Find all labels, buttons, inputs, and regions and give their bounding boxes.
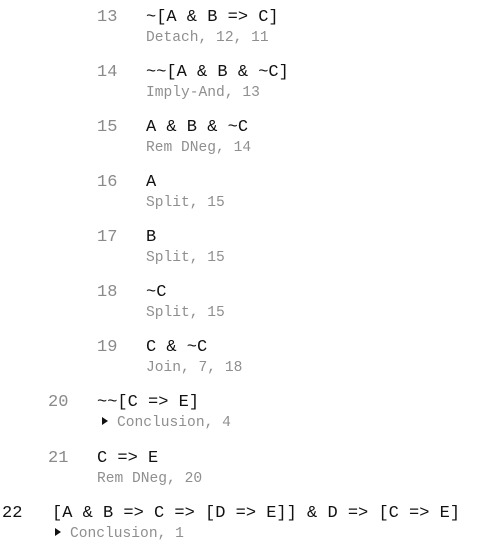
step-justification: Split, 15	[146, 249, 225, 267]
step-justification: Conclusion, 1	[70, 526, 184, 542]
step-number: 17	[97, 228, 117, 248]
step-formula: ~C	[146, 283, 166, 303]
step-justification: Detach, 12, 11	[146, 29, 269, 47]
step-justification: Rem DNeg, 20	[97, 470, 202, 488]
step-number: 21	[48, 449, 68, 469]
step-formula: B	[146, 228, 156, 248]
step-number: 14	[97, 63, 117, 83]
expand-subproof-toggle[interactable]: Conclusion, 1	[55, 525, 184, 543]
step-justification: Split, 15	[146, 304, 225, 322]
step-formula: ~~[C => E]	[97, 393, 199, 413]
step-formula: A & B & ~C	[146, 118, 248, 138]
step-number: 22	[2, 504, 22, 524]
step-number: 16	[97, 173, 117, 193]
step-number: 18	[97, 283, 117, 303]
step-formula: C => E	[97, 449, 158, 469]
step-formula: C & ~C	[146, 338, 207, 358]
expand-subproof-toggle[interactable]: Conclusion, 4	[102, 414, 231, 432]
triangle-right-icon[interactable]	[55, 528, 61, 536]
step-justification: Rem DNeg, 14	[146, 139, 251, 157]
step-justification: Imply-And, 13	[146, 84, 260, 102]
step-formula: [A & B => C => [D => E]] & D => [C => E]	[52, 504, 460, 524]
step-number: 15	[97, 118, 117, 138]
step-number: 13	[97, 8, 117, 28]
step-justification: Conclusion, 4	[117, 415, 231, 431]
step-formula: ~[A & B => C]	[146, 8, 279, 28]
step-formula: A	[146, 173, 156, 193]
step-justification: Split, 15	[146, 194, 225, 212]
triangle-right-icon[interactable]	[102, 417, 108, 425]
step-number: 20	[48, 393, 68, 413]
step-justification: Join, 7, 18	[146, 359, 242, 377]
step-formula: ~~[A & B & ~C]	[146, 63, 289, 83]
step-number: 19	[97, 338, 117, 358]
